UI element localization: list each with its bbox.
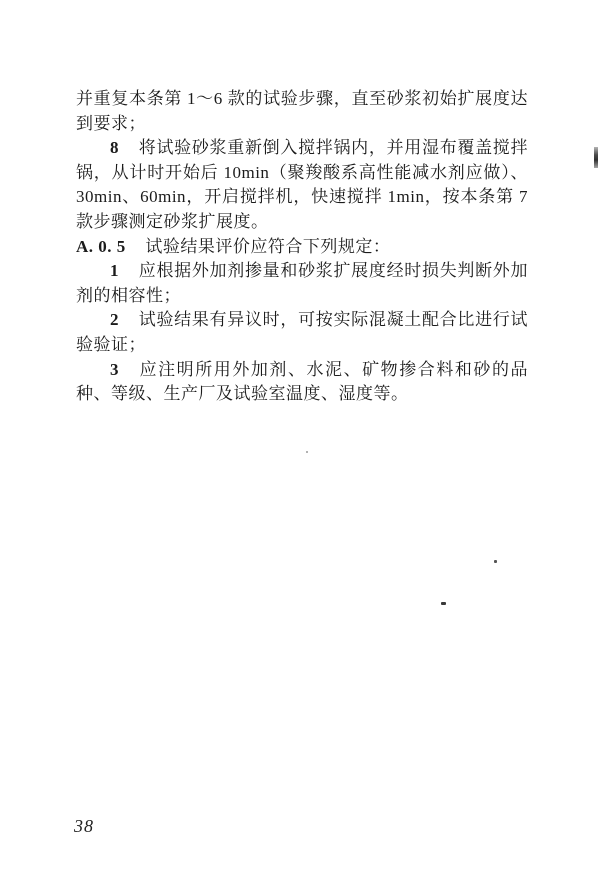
- scan-speck: [441, 602, 446, 605]
- item-number: 2: [110, 310, 119, 329]
- paragraph-text: 应注明所用外加剂、水泥、矿物掺合料和砂的品种、等级、生产厂及试验室温度、湿度等。: [76, 360, 528, 404]
- paragraph-text: 试验结果评价应符合下列规定：: [145, 237, 390, 256]
- document-page: 并重复本条第 1～6 款的试验步骤，直至砂浆初始扩展度达到要求； 8将试验砂浆重…: [0, 0, 600, 872]
- item-number: 3: [110, 360, 119, 379]
- page-number: 38: [74, 816, 94, 837]
- item-number: 8: [110, 138, 119, 157]
- paragraph-item-2: 2试验结果有异议时，可按实际混凝土配合比进行试验验证；: [76, 308, 528, 357]
- paragraph-text: 应根据外加剂掺量和砂浆扩展度经时损失判断外加剂的相容性；: [76, 261, 528, 305]
- paragraph-text: 试验结果有异议时，可按实际混凝土配合比进行试验验证；: [76, 310, 528, 354]
- paragraph-text: 将试验砂浆重新倒入搅拌锅内，并用湿布覆盖搅拌锅，从计时开始后 10min（聚羧酸…: [76, 138, 528, 231]
- clause-number: A. 0. 5: [76, 237, 126, 256]
- scan-speck: [494, 560, 497, 563]
- scan-edge-mark: [594, 147, 598, 168]
- body-text: 并重复本条第 1～6 款的试验步骤，直至砂浆初始扩展度达到要求； 8将试验砂浆重…: [76, 87, 528, 407]
- paragraph-item-3: 3应注明所用外加剂、水泥、矿物掺合料和砂的品种、等级、生产厂及试验室温度、湿度等…: [76, 358, 528, 407]
- paragraph-text: 并重复本条第 1～6 款的试验步骤，直至砂浆初始扩展度达到要求；: [76, 89, 528, 133]
- item-number: 1: [110, 261, 119, 280]
- paragraph-item-1: 1应根据外加剂掺量和砂浆扩展度经时损失判断外加剂的相容性；: [76, 259, 528, 308]
- clause-a-0-5: A. 0. 5试验结果评价应符合下列规定：: [76, 235, 528, 260]
- paragraph-item-8: 8将试验砂浆重新倒入搅拌锅内，并用湿布覆盖搅拌锅，从计时开始后 10min（聚羧…: [76, 136, 528, 234]
- paragraph-continuation: 并重复本条第 1～6 款的试验步骤，直至砂浆初始扩展度达到要求；: [76, 87, 528, 136]
- scan-speck: [306, 451, 308, 453]
